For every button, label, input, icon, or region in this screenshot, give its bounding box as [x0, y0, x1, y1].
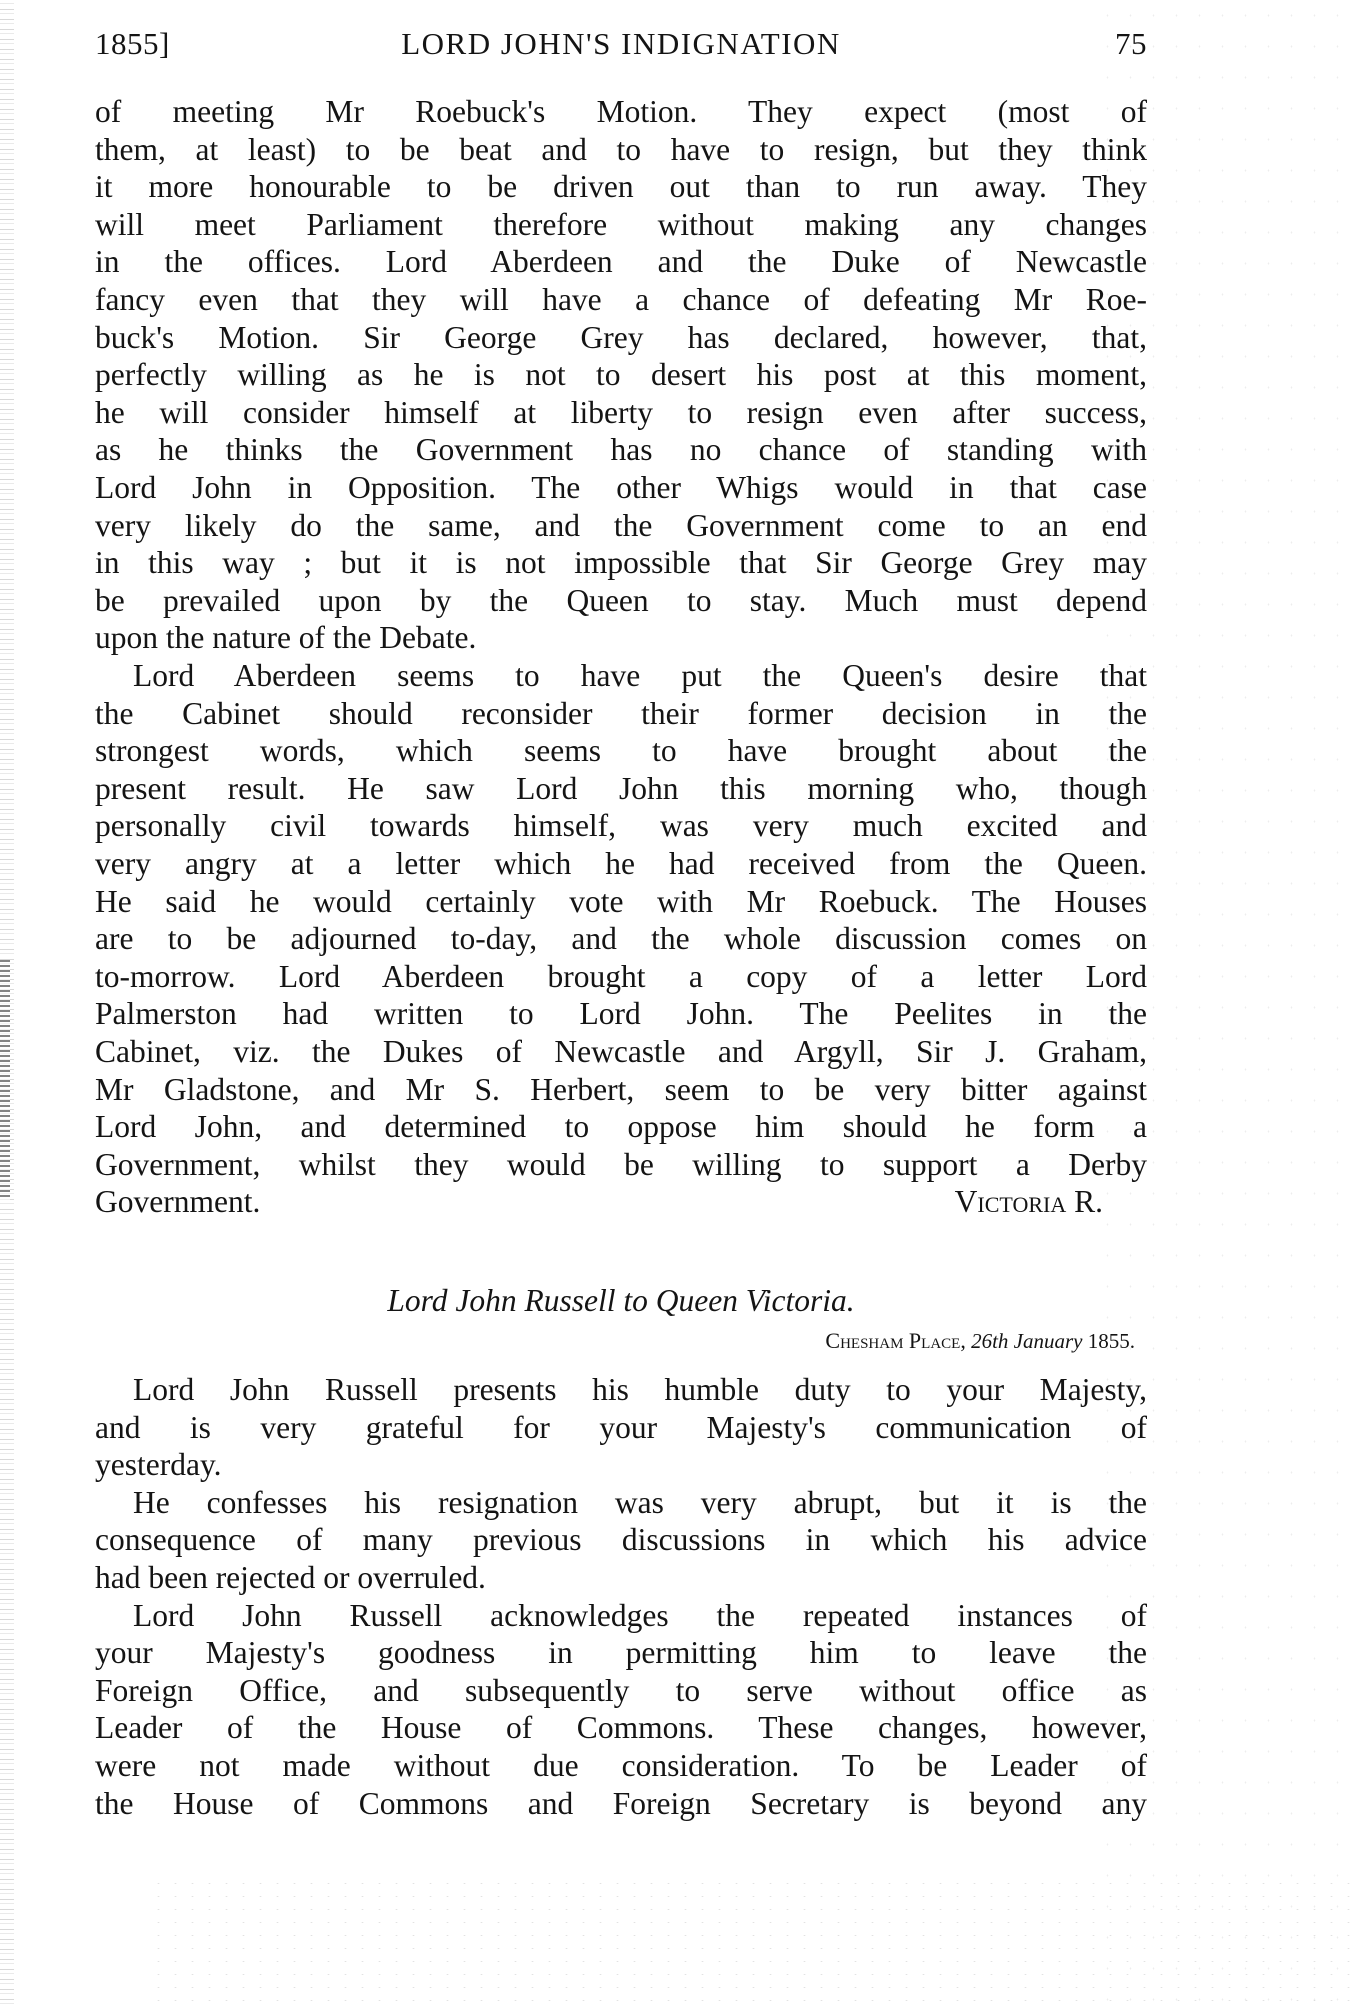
letter-place: Chesham Place, — [825, 1328, 965, 1353]
text-line: Foreign Office, and subsequently to serv… — [95, 1672, 1147, 1710]
text-line: Lord John, and determined to oppose him … — [95, 1108, 1147, 1146]
text-line: very angry at a letter which he had rece… — [95, 845, 1147, 883]
page-number: 75 — [1115, 26, 1147, 62]
text-line: as he thinks the Government has no chanc… — [95, 431, 1147, 469]
text-line: of meeting Mr Roebuck's Motion. They exp… — [95, 93, 1147, 131]
letter-dateline: Chesham Place, 26th January 1855. — [825, 1328, 1135, 1354]
letter-heading: Lord John Russell to Queen Victoria. — [95, 1283, 1147, 1319]
text-line: he will consider himself at liberty to r… — [95, 394, 1147, 432]
text-line: Government, whilst they would be willing… — [95, 1146, 1147, 1184]
scan-edge-shadow — [0, 960, 10, 1200]
text-line: them, at least) to be beat and to have t… — [95, 131, 1147, 169]
letter-date: 26th January — [971, 1329, 1082, 1353]
text-line: had been rejected or overruled. — [95, 1559, 1147, 1597]
text-line: buck's Motion. Sir George Grey has decla… — [95, 319, 1147, 357]
text-line: He confesses his resignation was very ab… — [95, 1484, 1147, 1522]
text-line: present result. He saw Lord John this mo… — [95, 770, 1147, 808]
continued-letter-paragraph-1: of meeting Mr Roebuck's Motion. They exp… — [95, 93, 1147, 657]
text-line: Palmerston had written to Lord John. The… — [95, 995, 1147, 1033]
text-line: Lord John in Opposition. The other Whigs… — [95, 469, 1147, 507]
text-line: it more honourable to be driven out than… — [95, 168, 1147, 206]
text-line: the Cabinet should reconsider their form… — [95, 695, 1147, 733]
text-line: be prevailed upon by the Queen to stay. … — [95, 582, 1147, 620]
text-line: fancy even that they will have a chance … — [95, 281, 1147, 319]
text-line: the House of Commons and Foreign Secreta… — [95, 1785, 1147, 1823]
text-line: Lord John Russell acknowledges the repea… — [95, 1597, 1147, 1635]
running-head: 1855] LORD JOHN'S INDIGNATION 75 — [95, 26, 1147, 66]
scan-speckle-bottom — [150, 1877, 1356, 2007]
text-line: will meet Parliament therefore without m… — [95, 206, 1147, 244]
text-line: consequence of many previous discussions… — [95, 1521, 1147, 1559]
text-line: Government. — [95, 1183, 260, 1221]
text-line: in this way ; but it is not impossible t… — [95, 544, 1147, 582]
text-line: perfectly willing as he is not to desert… — [95, 356, 1147, 394]
letter-year: 1855. — [1088, 1329, 1135, 1353]
text-line: very likely do the same, and the Governm… — [95, 507, 1147, 545]
text-line: personally civil towards himself, was ve… — [95, 807, 1147, 845]
text-line: Lord John Russell presents his humble du… — [95, 1371, 1147, 1409]
continued-letter-paragraph-2: Lord Aberdeen seems to have put the Quee… — [95, 657, 1147, 1221]
next-letter-body: Lord John Russell presents his humble du… — [95, 1371, 1147, 1822]
text-line: Mr Gladstone, and Mr S. Herbert, seem to… — [95, 1071, 1147, 1109]
text-line: Lord Aberdeen seems to have put the Quee… — [95, 657, 1147, 695]
text-line: yesterday. — [95, 1446, 1147, 1484]
text-line: are to be adjourned to-day, and the whol… — [95, 920, 1147, 958]
text-line: He said he would certainly vote with Mr … — [95, 883, 1147, 921]
text-line: were not made without due consideration.… — [95, 1747, 1147, 1785]
text-line: strongest words, which seems to have bro… — [95, 732, 1147, 770]
text-line: Cabinet, viz. the Dukes of Newcastle and… — [95, 1033, 1147, 1071]
text-line: to-morrow. Lord Aberdeen brought a copy … — [95, 958, 1147, 996]
signature: Victoria R. — [955, 1183, 1147, 1221]
text-line: upon the nature of the Debate. — [95, 619, 1147, 657]
text-line: Leader of the House of Commons. These ch… — [95, 1709, 1147, 1747]
text-line: your Majesty's goodness in permitting hi… — [95, 1634, 1147, 1672]
text-line: and is very grateful for your Majesty's … — [95, 1409, 1147, 1447]
signature-line: Government. Victoria R. — [95, 1183, 1147, 1221]
text-line: in the offices. Lord Aberdeen and the Du… — [95, 243, 1147, 281]
running-head-title: LORD JOHN'S INDIGNATION — [95, 26, 1147, 62]
